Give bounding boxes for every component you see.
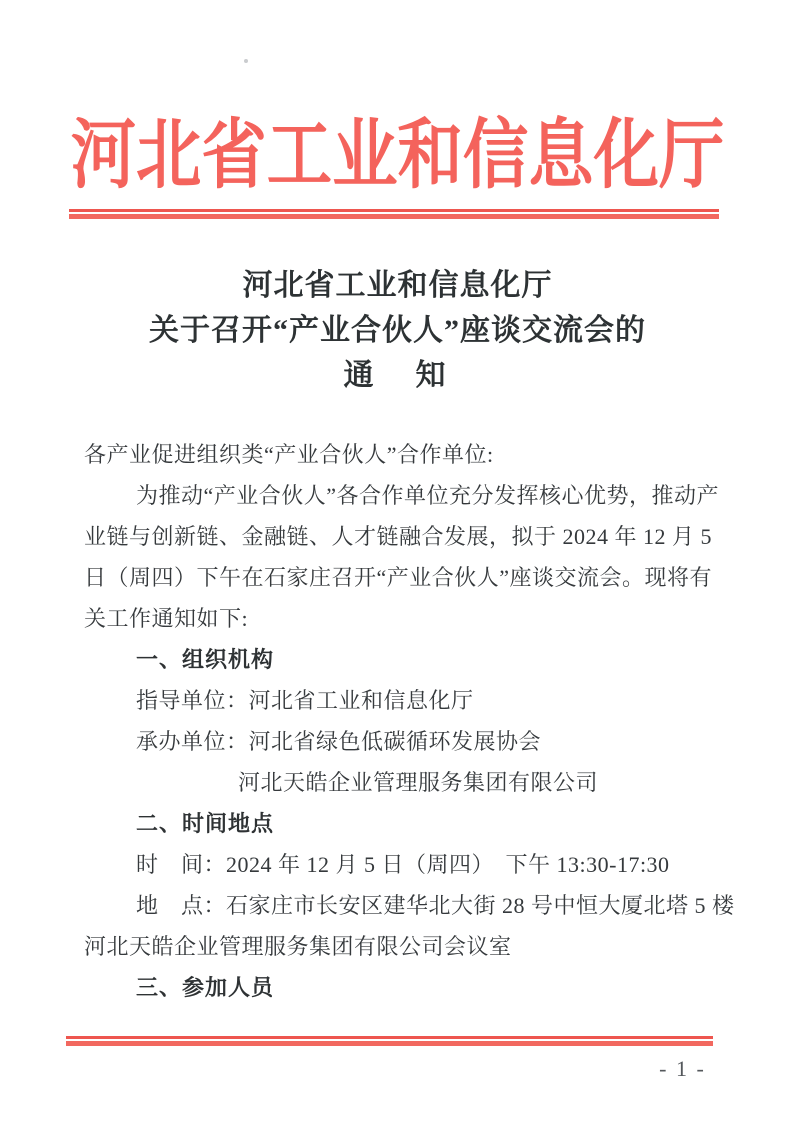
paragraph1-line3: 日（周四）下午在石家庄召开“产业合伙人”座谈交流会。现将有 xyxy=(84,557,744,598)
section1-host-unit-line: 承办单位：河北省绿色低碳循环发展协会 xyxy=(84,721,744,762)
rule-thick-line xyxy=(69,214,719,219)
paragraph1-line2: 业链与创新链、金融链、人才链融合发展，拟于 2024 年 12 月 5 xyxy=(84,516,744,557)
section3-heading: 三、参加人员 xyxy=(84,967,744,1008)
section2-time-line: 时 间：2024 年 12 月 5 日（周四） 下午 13:30-17:30 xyxy=(84,844,744,885)
document-title: 河北省工业和信息化厅 关于召开“产业合伙人”座谈交流会的 通 知 xyxy=(0,263,795,398)
section2-place-line: 地 点：石家庄市长安区建华北大街 28 号中恒大厦北塔 5 楼 xyxy=(84,885,744,926)
section1-host-unit2-line: 河北天皓企业管理服务集团有限公司 xyxy=(84,762,744,803)
footer-divider-rule xyxy=(66,1036,713,1046)
letterhead-title: 河北省工业和信息化厅 xyxy=(56,108,740,204)
page-number: - 1 - xyxy=(645,1054,720,1084)
paragraph1-line4: 关工作通知如下: xyxy=(84,598,744,639)
section1-guide-unit-line: 指导单位：河北省工业和信息化厅 xyxy=(84,680,744,721)
document-title-line1: 河北省工业和信息化厅 xyxy=(0,263,795,308)
section1-heading: 一、组织机构 xyxy=(84,639,744,680)
scan-speck-artifact xyxy=(244,59,248,63)
rule-thick-line xyxy=(66,1041,713,1046)
document-title-notice: 通 知 xyxy=(0,353,795,398)
letterhead-divider-rule xyxy=(69,209,719,219)
document-title-line2: 关于召开“产业合伙人”座谈交流会的 xyxy=(0,308,795,353)
document-page: 河北省工业和信息化厅 河北省工业和信息化厅 关于召开“产业合伙人”座谈交流会的 … xyxy=(0,0,795,1128)
section2-heading: 二、时间地点 xyxy=(84,803,744,844)
salutation-line: 各产业促进组织类“产业合伙人”合作单位: xyxy=(84,434,744,475)
document-body: 各产业促进组织类“产业合伙人”合作单位: 为推动“产业合伙人”各合作单位充分发挥… xyxy=(84,434,744,1008)
section2-place2-line: 河北天皓企业管理服务集团有限公司会议室 xyxy=(84,926,744,967)
paragraph1-line1: 为推动“产业合伙人”各合作单位充分发挥核心优势，推动产 xyxy=(84,475,744,516)
